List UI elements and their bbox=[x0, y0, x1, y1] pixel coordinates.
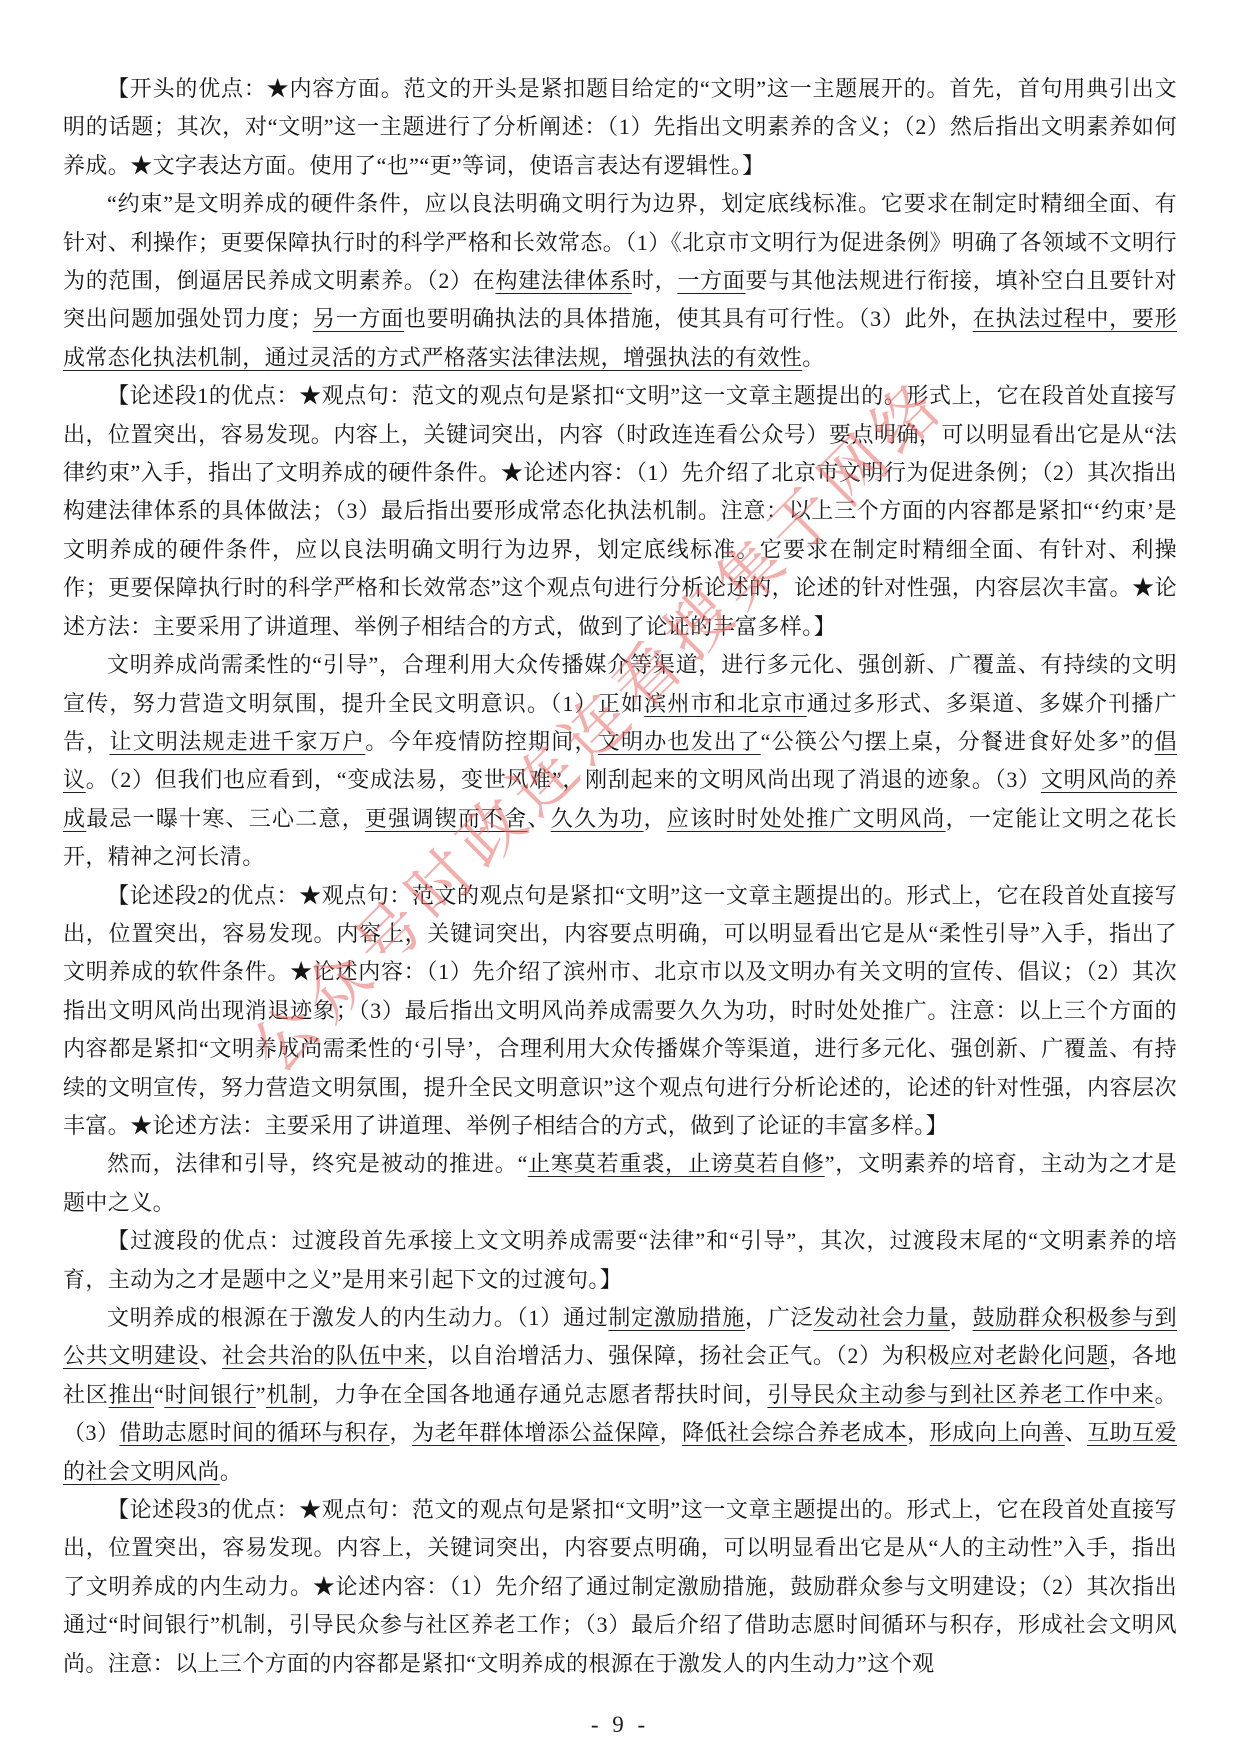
text-run: 【过渡段的优点：过渡段首先承接上文文明养成需要“法律”和“引导”，其次，过渡段末… bbox=[63, 1228, 1177, 1291]
text-run: 。 bbox=[220, 1459, 242, 1484]
text-run: 。今年疫情防控期间， bbox=[365, 729, 598, 754]
text-run: 。 bbox=[802, 345, 824, 370]
page-number: - 9 - bbox=[0, 1712, 1240, 1738]
essay-paragraph: 文明养成的根源在于激发人的内生动力。（1）通过制定激励措施，广泛发动社会力量，鼓… bbox=[63, 1299, 1177, 1491]
underlined-run: 文明办也发出了 bbox=[598, 729, 761, 754]
text-run: 最忌一曝十寒、三心二意， bbox=[86, 806, 365, 831]
text-run: “ bbox=[154, 1382, 164, 1407]
text-run: 文明养成的根源在于激发人的内生动力。（1）通过 bbox=[107, 1305, 608, 1330]
underlined-run: 应该时时处处推广文明风尚 bbox=[667, 806, 946, 831]
underlined-run: 社会共治的队伍中来 bbox=[222, 1343, 427, 1368]
text-run: ，力争在全国各地通存通兑志愿者帮扶时间， bbox=[312, 1382, 768, 1407]
underlined-run: 降低社会综合养老成本 bbox=[682, 1420, 907, 1445]
underlined-run: 让文明法规走进千家万户 bbox=[110, 729, 366, 754]
underlined-run: 一方面 bbox=[677, 268, 745, 293]
commentary-paragraph: 【论述段2的优点：★观点句：范文的观点句是紧扣“文明”这一文章主题提出的。形式上… bbox=[63, 877, 1177, 1146]
underlined-run: 推出 bbox=[109, 1382, 155, 1407]
document-body: 【开头的优点：★内容方面。范文的开头是紧扣题目给定的“文明”这一主题展开的。首先… bbox=[63, 70, 1177, 1683]
essay-paragraph: 然而，法律和引导，终究是被动的推进。“止寒莫若重裘，止谤莫若自修”，文明素养的培… bbox=[63, 1145, 1177, 1222]
underlined-run: 滨州市和北京市 bbox=[644, 691, 806, 716]
text-run: 也要明确执法的具体措施，使其具有可行性。（3）此外， bbox=[404, 306, 973, 331]
text-run: ，广泛 bbox=[745, 1305, 813, 1330]
underlined-run: 构建法律体系 bbox=[496, 268, 632, 293]
underlined-run: 引导民众主动参与到社区养老工作中来 bbox=[767, 1382, 1154, 1407]
document-page: 公众号时政连连看搜集于网络 【开头的优点：★内容方面。范文的开头是紧扣题目给定的… bbox=[0, 0, 1240, 1754]
commentary-paragraph: 【论述段1的优点：★观点句：范文的观点句是紧扣“文明”这一文章主题提出的。形式上… bbox=[63, 377, 1177, 646]
text-run: 。（2）但我们也应看到，“变成法易，变世风难”，刚刮起来的文明风尚出现了消退的迹… bbox=[86, 767, 1041, 792]
underlined-run: 时间银行 bbox=[164, 1382, 255, 1407]
text-run: ” bbox=[256, 1382, 266, 1407]
text-run: ， bbox=[907, 1420, 930, 1445]
text-run: ， bbox=[660, 1420, 683, 1445]
text-run: 、 bbox=[1065, 1420, 1088, 1445]
text-run: 然而，法律和引导，终究是被动的推进。“ bbox=[107, 1151, 528, 1176]
underlined-run: 为老年群体增添公益保障 bbox=[412, 1420, 660, 1445]
underlined-run: 止寒莫若重裘，止谤莫若自修 bbox=[528, 1151, 825, 1176]
essay-paragraph: “约束”是文明养成的硬件条件，应以良法明确文明行为边界，划定底线标准。它要求在制… bbox=[63, 185, 1177, 377]
text-run: 【开头的优点：★内容方面。范文的开头是紧扣题目给定的“文明”这一主题展开的。首先… bbox=[63, 76, 1177, 178]
text-run: ， bbox=[390, 1420, 413, 1445]
underlined-run: 增强执法的有效性 bbox=[623, 345, 802, 370]
text-run: 时， bbox=[632, 268, 677, 293]
text-run: 【论述段1的优点：★观点句：范文的观点句是紧扣“文明”这一文章主题提出的。形式上… bbox=[63, 383, 1177, 638]
text-run: ， bbox=[950, 1305, 973, 1330]
underlined-run: 借助志愿时间的循环与积存 bbox=[120, 1420, 390, 1445]
underlined-run: 形成向上向善 bbox=[930, 1420, 1065, 1445]
text-run: 【论述段2的优点：★观点句：范文的观点句是紧扣“文明”这一文章主题提出的。形式上… bbox=[63, 883, 1177, 1138]
text-run: 【论述段3的优点：★观点句：范文的观点句是紧扣“文明”这一文章主题提出的。形式上… bbox=[63, 1497, 1177, 1676]
text-run: “公筷公勺摆上桌，分餐进食好处多”的 bbox=[761, 729, 1155, 754]
essay-paragraph: 文明养成尚需柔性的“引导”，合理利用大众传播媒介等渠道，进行多元化、强创新、广覆… bbox=[63, 646, 1177, 876]
underlined-run: 发动社会力量 bbox=[813, 1305, 950, 1330]
underlined-run: 应对老龄化问题 bbox=[950, 1343, 1109, 1368]
text-run: 、 bbox=[199, 1343, 222, 1368]
underlined-run: 久久为功 bbox=[551, 806, 644, 831]
commentary-paragraph: 【开头的优点：★内容方面。范文的开头是紧扣题目给定的“文明”这一主题展开的。首先… bbox=[63, 70, 1177, 185]
text-run: 、 bbox=[528, 806, 551, 831]
underlined-run: 机制 bbox=[266, 1382, 312, 1407]
underlined-run: 通过灵活的方式严格落实法律法规， bbox=[265, 345, 623, 370]
text-run: ， bbox=[644, 806, 667, 831]
underlined-run: 另一方面 bbox=[313, 306, 404, 331]
commentary-paragraph: 【论述段3的优点：★观点句：范文的观点句是紧扣“文明”这一文章主题提出的。形式上… bbox=[63, 1491, 1177, 1683]
commentary-paragraph: 【过渡段的优点：过渡段首先承接上文文明养成需要“法律”和“引导”，其次，过渡段末… bbox=[63, 1222, 1177, 1299]
text-run: ，以自治增活力、强保障，扬社会正气。（2）为积极 bbox=[427, 1343, 950, 1368]
underlined-run: 更强调锲而不舍 bbox=[365, 806, 528, 831]
underlined-run: 制定激励措施 bbox=[608, 1305, 745, 1330]
